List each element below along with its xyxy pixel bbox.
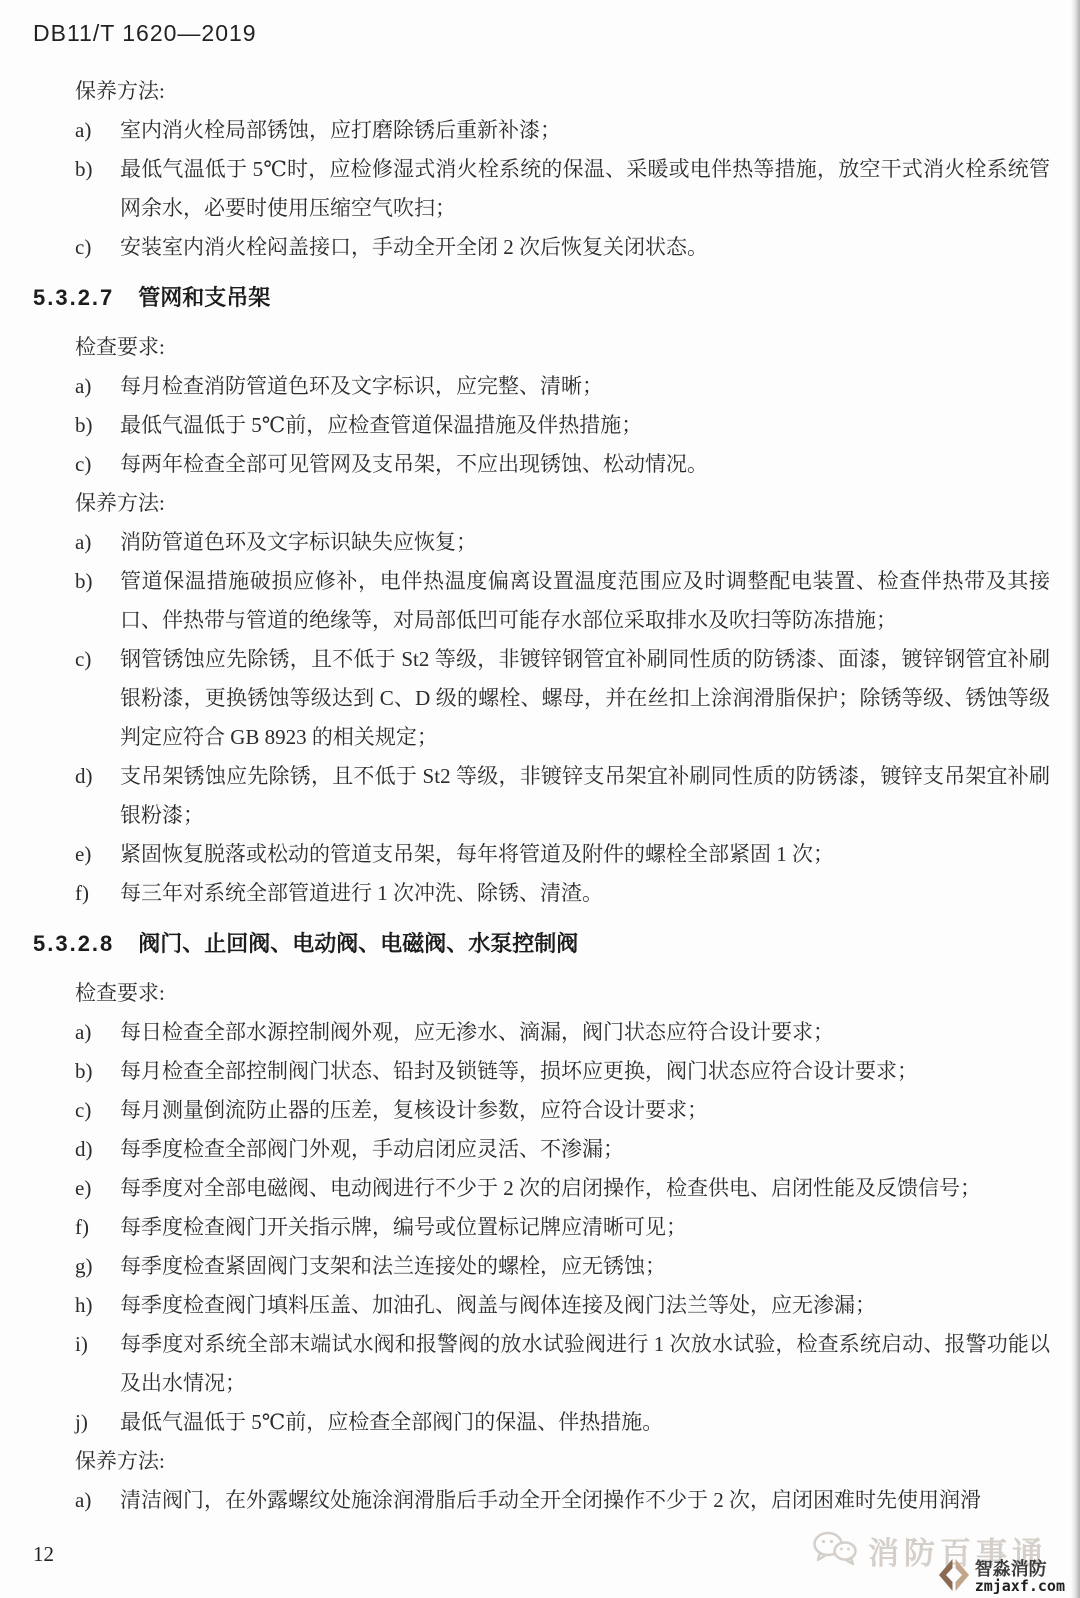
item-marker: b) [75,562,120,640]
clause-item: a)清洁阀门，在外露螺纹处施涂润滑脂后手动全开全闭操作不少于 2 次，启闭困难时… [75,1481,1050,1520]
item-text: 支吊架锈蚀应先除锈，且不低于 St2 等级，非镀锌支吊架宜补刷同性质的防锈漆，镀… [120,757,1050,835]
clause-item: e)每季度对全部电磁阀、电动阀进行不少于 2 次的启闭操作，检查供电、启闭性能及… [75,1169,1050,1208]
item-marker: a) [75,111,120,150]
item-marker: c) [75,445,120,484]
page-number: 12 [33,1542,54,1567]
diamond-arrows-logo-icon [937,1556,971,1598]
item-text: 消防管道色环及文字标识缺失应恢复； [120,523,1050,562]
clause-item: c)安装室内消火栓闷盖接口，手动全开全闭 2 次后恢复关闭状态。 [75,228,1050,267]
clause-item: i)每季度对系统全部末端试水阀和报警阀的放水试验阀进行 1 次放水试验，检查系统… [75,1325,1050,1403]
item-text: 最低气温低于 5℃时，应检修湿式消火栓系统的保温、采暖或电伴热等措施，放空干式消… [120,150,1050,228]
clause-item: b)管道保温措施破损应修补，电伴热温度偏离设置温度范围应及时调整配电装置、检查伴… [75,562,1050,640]
item-text: 每季度对全部电磁阀、电动阀进行不少于 2 次的启闭操作，检查供电、启闭性能及反馈… [120,1169,1050,1208]
section-number: 5.3.2.8 [33,931,114,956]
item-marker: h) [75,1286,120,1325]
item-text: 每季度检查紧固阀门支架和法兰连接处的螺栓，应无锈蚀； [120,1247,1050,1286]
item-text: 每季度检查全部阀门外观，手动启闭应灵活、不渗漏； [120,1130,1050,1169]
item-marker: b) [75,406,120,445]
clause-item: f)每季度检查阀门开关指示牌，编号或位置标记牌应清晰可见； [75,1208,1050,1247]
clause-item: a)每日检查全部水源控制阀外观，应无渗水、滴漏，阀门状态应符合设计要求； [75,1013,1050,1052]
item-text: 室内消火栓局部锈蚀，应打磨除锈后重新补漆； [120,111,1050,150]
logo-site: zmjaxf.com [975,1579,1065,1595]
doc-number: DB11/T 1620—2019 [33,20,257,47]
block-label: 保养方法: [75,1442,1050,1481]
item-marker: a) [75,523,120,562]
item-marker: b) [75,1052,120,1091]
item-marker: f) [75,1208,120,1247]
section-number: 5.3.2.7 [33,285,114,310]
item-marker: c) [75,228,120,267]
item-marker: e) [75,835,120,874]
clause-item: f)每三年对系统全部管道进行 1 次冲洗、除锈、清渣。 [75,874,1050,913]
clause-item: b)最低气温低于 5℃时，应检修湿式消火栓系统的保温、采暖或电伴热等措施，放空干… [75,150,1050,228]
item-text: 最低气温低于 5℃前，应检查管道保温措施及伴热措施； [120,406,1050,445]
section-heading: 5.3.2.7管网和支吊架 [33,278,1050,317]
clause-item: c)每月测量倒流防止器的压差，复核设计参数，应符合设计要求； [75,1091,1050,1130]
clause-item: a)消防管道色环及文字标识缺失应恢复； [75,523,1050,562]
document-content: 保养方法:a)室内消火栓局部锈蚀，应打磨除锈后重新补漆；b)最低气温低于 5℃时… [33,72,1050,1520]
item-text: 每季度对系统全部末端试水阀和报警阀的放水试验阀进行 1 次放水试验，检查系统启动… [120,1325,1050,1403]
block-label: 检查要求: [75,328,1050,367]
item-marker: i) [75,1325,120,1403]
clause-item: e)紧固恢复脱落或松动的管道支吊架，每年将管道及附件的螺栓全部紧固 1 次； [75,835,1050,874]
item-text: 紧固恢复脱落或松动的管道支吊架，每年将管道及附件的螺栓全部紧固 1 次； [120,835,1050,874]
chat-bubbles-icon [812,1530,860,1571]
clause-item: a)每月检查消防管道色环及文字标识，应完整、清晰； [75,367,1050,406]
clause-item: c)钢管锈蚀应先除锈，且不低于 St2 等级，非镀锌钢管宜补刷同性质的防锈漆、面… [75,640,1050,757]
item-marker: d) [75,757,120,835]
clause-item: d)每季度检查全部阀门外观，手动启闭应灵活、不渗漏； [75,1130,1050,1169]
item-text: 清洁阀门，在外露螺纹处施涂润滑脂后手动全开全闭操作不少于 2 次，启闭困难时先使… [120,1481,1050,1520]
logo-zhimiao: 智淼消防 zmjaxf.com [937,1556,1065,1598]
block-label: 检查要求: [75,974,1050,1013]
clause-item: j)最低气温低于 5℃前，应检查全部阀门的保温、伴热措施。 [75,1403,1050,1442]
item-marker: j) [75,1403,120,1442]
section-heading: 5.3.2.8阀门、止回阀、电动阀、电磁阀、水泵控制阀 [33,924,1050,963]
clause-item: b)每月检查全部控制阀门状态、铅封及锁链等，损坏应更换，阀门状态应符合设计要求； [75,1052,1050,1091]
block-label: 保养方法: [75,484,1050,523]
scan-edge-shadow [1071,0,1080,1598]
item-marker: a) [75,1013,120,1052]
item-text: 每日检查全部水源控制阀外观，应无渗水、滴漏，阀门状态应符合设计要求； [120,1013,1050,1052]
clause-item: g)每季度检查紧固阀门支架和法兰连接处的螺栓，应无锈蚀； [75,1247,1050,1286]
item-text: 安装室内消火栓闷盖接口，手动全开全闭 2 次后恢复关闭状态。 [120,228,1050,267]
item-text: 最低气温低于 5℃前，应检查全部阀门的保温、伴热措施。 [120,1403,1050,1442]
section-title: 阀门、止回阀、电动阀、电磁阀、水泵控制阀 [138,931,578,956]
item-marker: e) [75,1169,120,1208]
item-marker: d) [75,1130,120,1169]
item-text: 钢管锈蚀应先除锈，且不低于 St2 等级，非镀锌钢管宜补刷同性质的防锈漆、面漆，… [120,640,1050,757]
item-text: 每月检查全部控制阀门状态、铅封及锁链等，损坏应更换，阀门状态应符合设计要求； [120,1052,1050,1091]
clause-item: h)每季度检查阀门填料压盖、加油孔、阀盖与阀体连接及阀门法兰等处，应无渗漏； [75,1286,1050,1325]
block-label: 保养方法: [75,72,1050,111]
item-marker: b) [75,150,120,228]
item-text: 管道保温措施破损应修补，电伴热温度偏离设置温度范围应及时调整配电装置、检查伴热带… [120,562,1050,640]
clause-item: d)支吊架锈蚀应先除锈，且不低于 St2 等级，非镀锌支吊架宜补刷同性质的防锈漆… [75,757,1050,835]
item-text: 每月测量倒流防止器的压差，复核设计参数，应符合设计要求； [120,1091,1050,1130]
item-marker: c) [75,640,120,757]
item-text: 每三年对系统全部管道进行 1 次冲洗、除锈、清渣。 [120,874,1050,913]
item-text: 每季度检查阀门开关指示牌，编号或位置标记牌应清晰可见； [120,1208,1050,1247]
item-marker: a) [75,1481,120,1520]
item-marker: g) [75,1247,120,1286]
item-text: 每两年检查全部可见管网及支吊架，不应出现锈蚀、松动情况。 [120,445,1050,484]
clause-item: b)最低气温低于 5℃前，应检查管道保温措施及伴热措施； [75,406,1050,445]
item-text: 每季度检查阀门填料压盖、加油孔、阀盖与阀体连接及阀门法兰等处，应无渗漏； [120,1286,1050,1325]
item-marker: c) [75,1091,120,1130]
item-marker: a) [75,367,120,406]
item-marker: f) [75,874,120,913]
section-title: 管网和支吊架 [138,285,270,310]
clause-item: a)室内消火栓局部锈蚀，应打磨除锈后重新补漆； [75,111,1050,150]
clause-item: c)每两年检查全部可见管网及支吊架，不应出现锈蚀、松动情况。 [75,445,1050,484]
item-text: 每月检查消防管道色环及文字标识，应完整、清晰； [120,367,1050,406]
